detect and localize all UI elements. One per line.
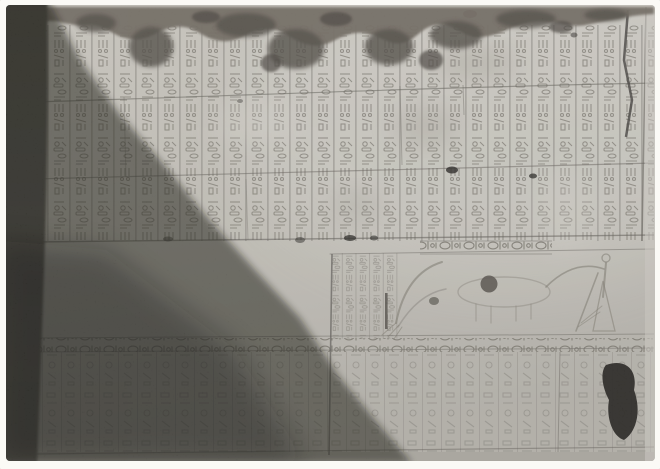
photo-print <box>6 5 655 461</box>
photo-caption: Black-and-white photograph of a temple w… <box>5 460 6 461</box>
photograph: Black-and-white photograph of a temple w… <box>0 0 660 469</box>
screenshot: Black-and-white photograph of a temple w… <box>0 0 660 469</box>
temple-wall-scene <box>6 5 655 461</box>
film-grain <box>6 5 655 461</box>
